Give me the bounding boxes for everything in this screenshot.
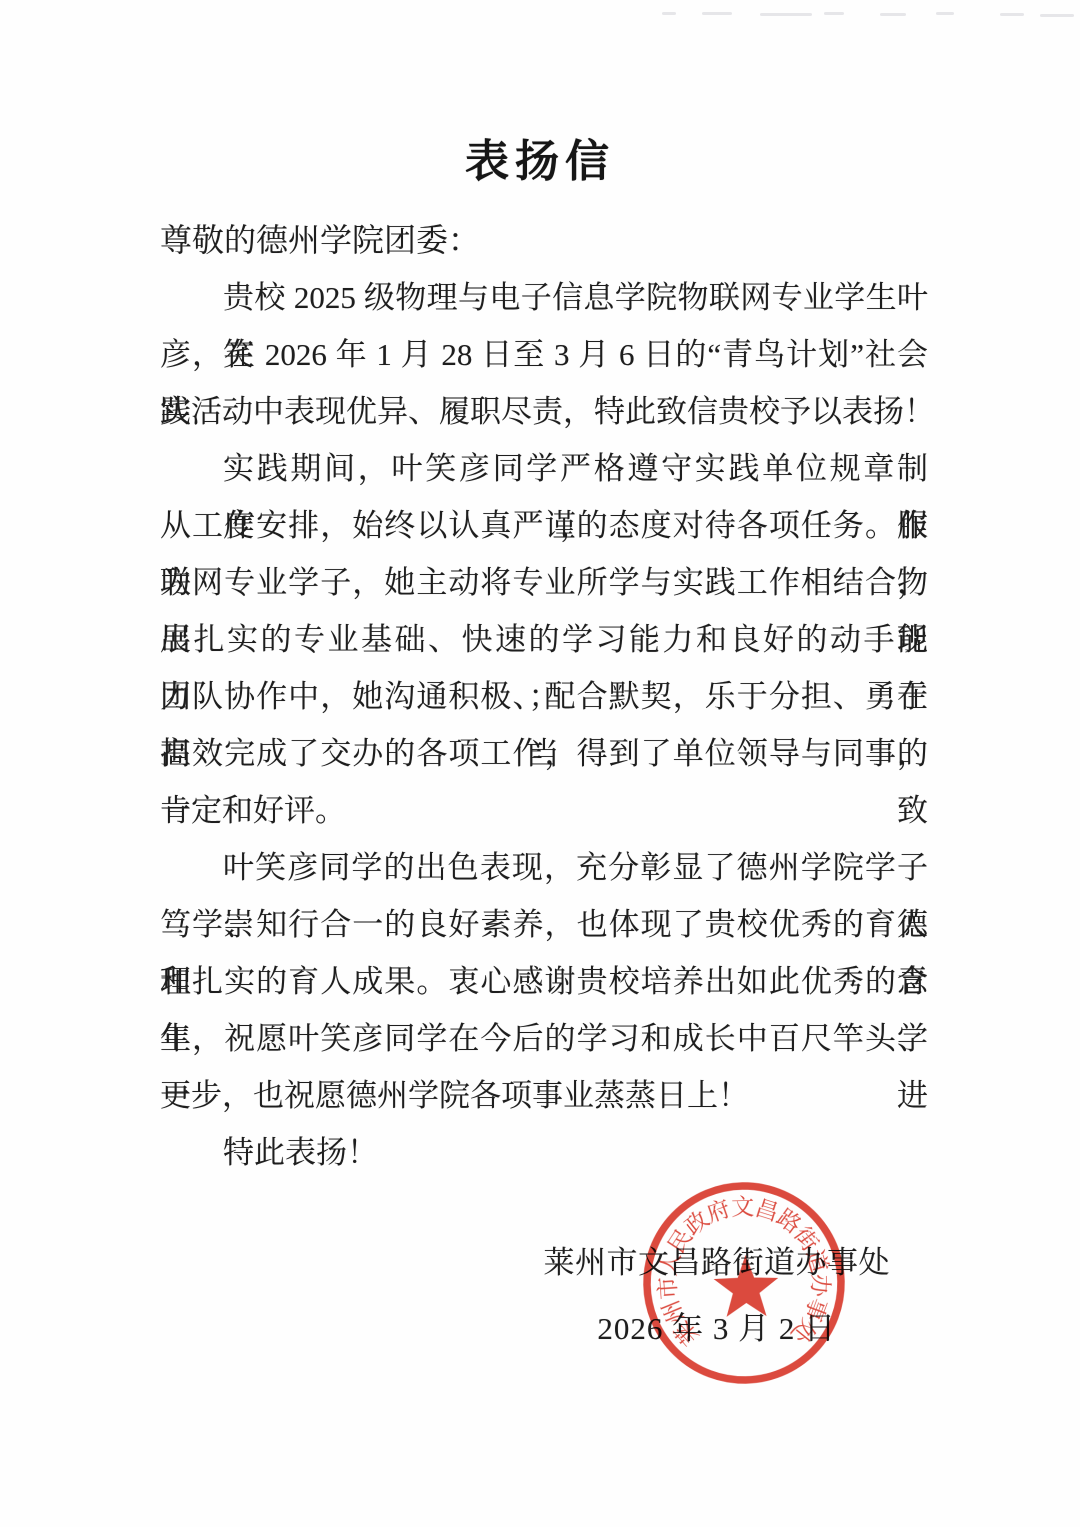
body-line: 和扎实的育人成果。衷心感谢贵校培养出如此优秀的青年学: [160, 953, 928, 1010]
letter-body: 贵校 2025 级物理与电子信息学院物联网专业学生叶笑彦，在 2026 年 1 …: [160, 269, 928, 1181]
body-line: 出扎实的专业基础、快速的学习能力和良好的动手能力；在: [160, 611, 928, 668]
body-line: 生，祝愿叶笑彦同学在今后的学习和成长中百尺竿头、更进: [160, 1010, 928, 1067]
body-line: 贵校 2025 级物理与电子信息学院物联网专业学生叶笑: [160, 269, 928, 326]
signature-date: 2026 年 3 月 2 日: [544, 1310, 891, 1348]
scan-artifact: [702, 12, 732, 15]
seal-char: 政: [680, 1206, 714, 1240]
scan-artifact: [1000, 13, 1024, 16]
body-line: 特此表扬！: [160, 1124, 928, 1181]
body-line: 高效完成了交办的各项工作，得到了单位领导与同事的一致: [160, 725, 928, 782]
seal-char: 府: [704, 1196, 734, 1227]
signature-block: 莱州市文昌路街道办事处 2026 年 3 月 2 日: [544, 1244, 891, 1348]
scan-artifact: [824, 12, 844, 15]
body-line: 实践期间，叶笑彦同学严格遵守实践单位规章制度，服: [160, 440, 928, 497]
seal-char: 昌: [752, 1195, 781, 1226]
salutation: 尊敬的德州学院团委：: [160, 212, 928, 269]
scan-artifact: [1040, 14, 1074, 17]
document-title: 表扬信: [0, 134, 1080, 190]
scan-artifact: [760, 13, 812, 16]
scan-artifact: [880, 13, 906, 16]
letter-page: 表扬信 尊敬的德州学院团委： 贵校 2025 级物理与电子信息学院物联网专业学生…: [0, 0, 1080, 1527]
seal-char: 文: [731, 1194, 754, 1219]
body-line: 笃学、知行合一的良好素养，也体现了贵校优秀的育人理念: [160, 896, 928, 953]
body-line: 彦，在 2026 年 1 月 28 日至 3 月 6 日的“青鸟计划”社会实: [160, 326, 928, 383]
body-line: 团队协作中，她沟通积极、配合默契，乐于分担、勇于担当，: [160, 668, 928, 725]
signature-office: 莱州市文昌路街道办事处: [544, 1244, 891, 1282]
body-line: 践活动中表现优异、履职尽责，特此致信贵校予以表扬！: [160, 383, 928, 440]
scan-artifact: [662, 12, 676, 15]
body-line: 叶笑彦同学的出色表现，充分彰显了德州学院学子崇德: [160, 839, 928, 896]
seal-char: 路: [772, 1205, 805, 1239]
body-line: 从工作安排，始终以认真严谨的态度对待各项任务。作为物: [160, 497, 928, 554]
scan-artifact: [936, 12, 954, 15]
body-line: 联网专业学子，她主动将专业所学与实践工作相结合，展现: [160, 554, 928, 611]
